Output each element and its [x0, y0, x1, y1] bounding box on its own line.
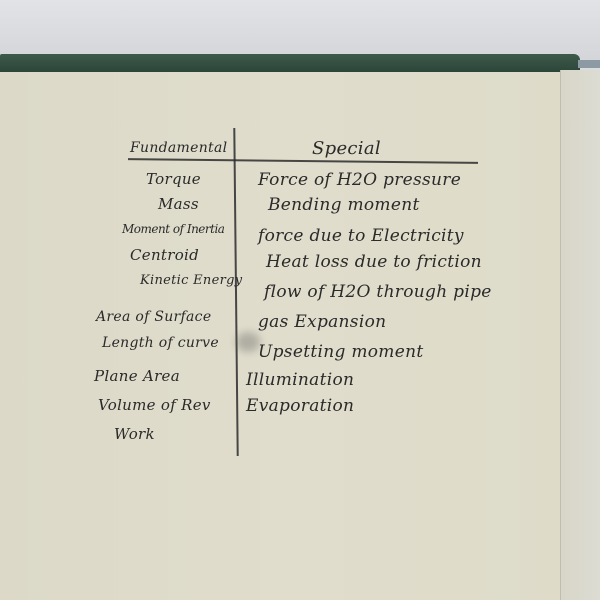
fundamental-item: Torque — [146, 170, 201, 188]
column-header-fundamental: Fundamental — [130, 140, 227, 156]
fundamental-item: Length of curve — [102, 335, 219, 351]
special-item: Evaporation — [246, 396, 354, 416]
fundamental-item: Kinetic Energy — [140, 273, 242, 288]
fundamental-item: Centroid — [130, 246, 199, 264]
book-cover-corner — [578, 60, 600, 68]
special-item: Force of H2O pressure — [258, 170, 461, 190]
special-item: Upsetting moment — [258, 342, 423, 362]
fundamental-item: Moment of Inertia — [122, 222, 224, 236]
special-item: gas Expansion — [258, 312, 386, 332]
fundamental-item: Plane Area — [94, 367, 180, 385]
fundamental-item: Volume of Rev — [98, 396, 211, 414]
special-item: Illumination — [246, 370, 354, 390]
special-item: flow of H2O through pipe — [264, 282, 492, 302]
book-cover-edge — [0, 54, 580, 74]
fundamental-item: Area of Surface — [96, 309, 211, 325]
page-edge — [560, 70, 600, 600]
background — [0, 0, 600, 62]
notebook-page — [0, 72, 572, 600]
ink-smudge — [236, 332, 260, 352]
fundamental-item: Work — [114, 425, 155, 443]
column-header-special: Special — [312, 138, 381, 159]
fundamental-item: Mass — [158, 195, 199, 213]
special-item: Heat loss due to friction — [266, 252, 482, 272]
special-item: force due to Electricity — [258, 226, 464, 246]
special-item: Bending moment — [268, 195, 420, 215]
